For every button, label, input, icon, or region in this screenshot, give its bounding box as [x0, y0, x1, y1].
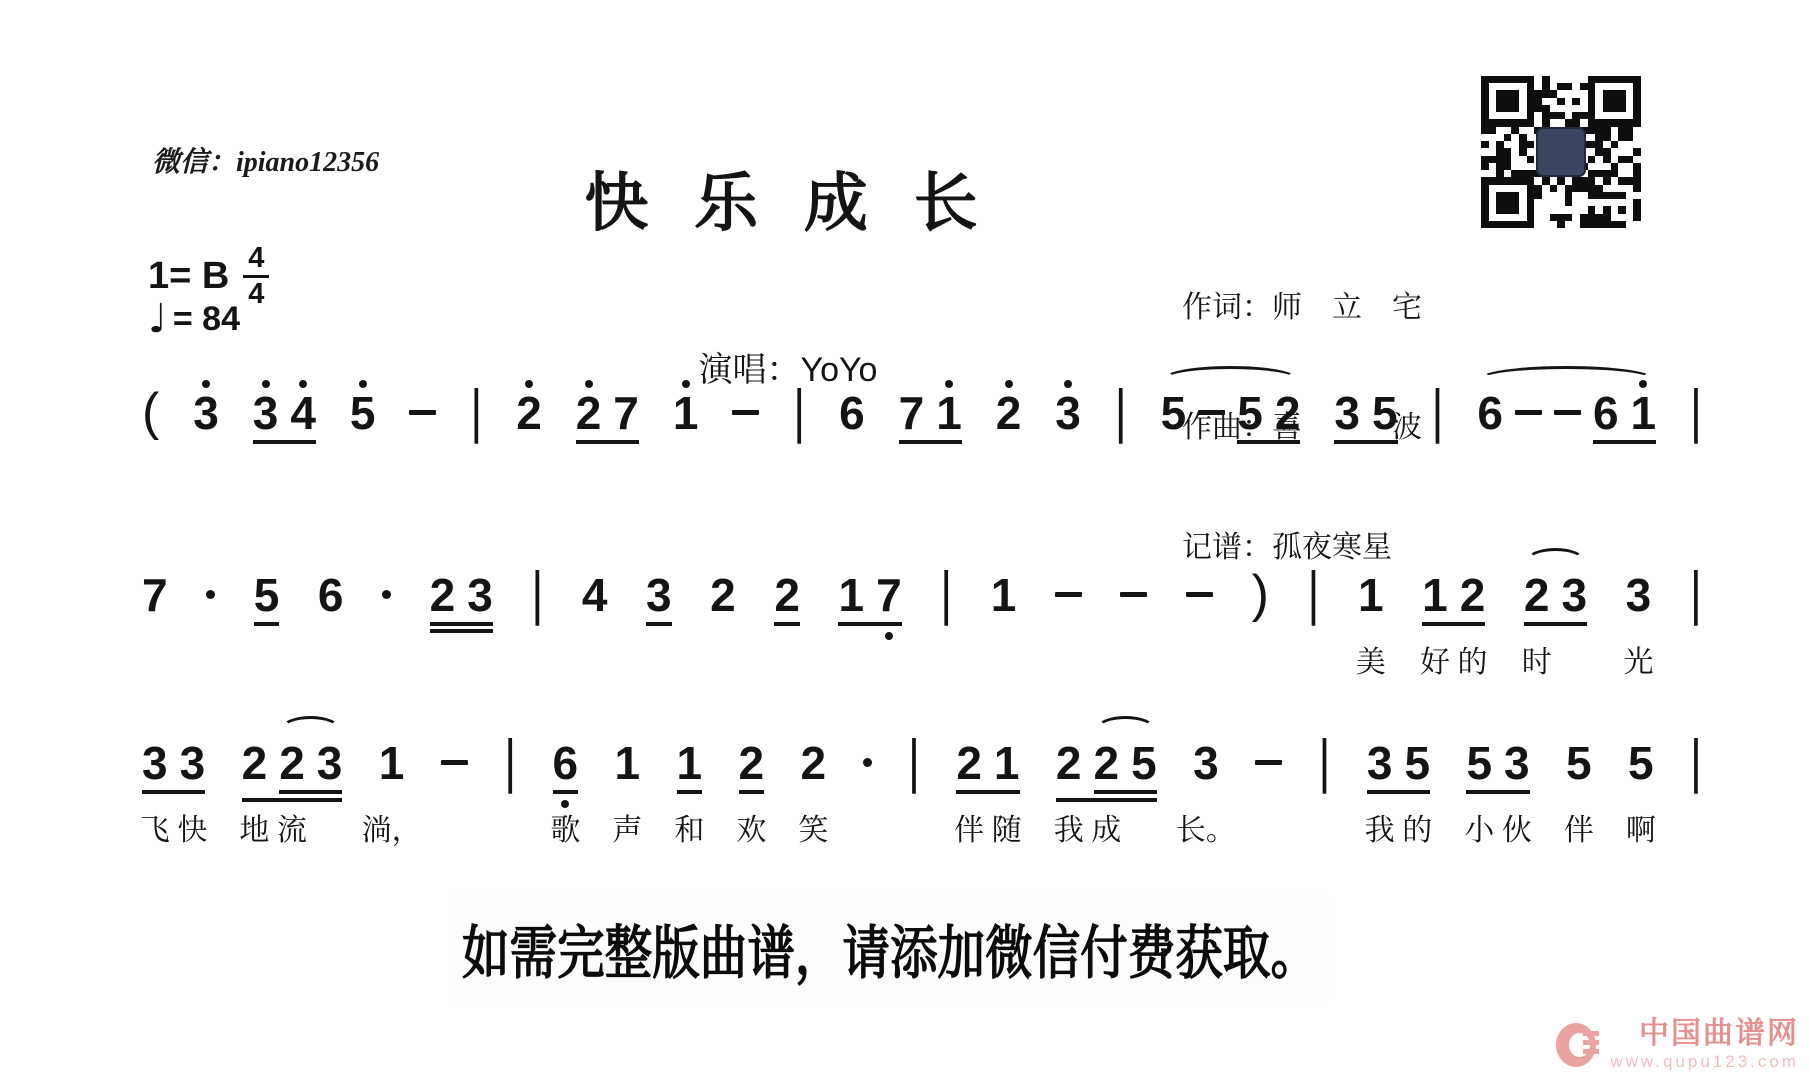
note: 1淌， — [379, 740, 405, 786]
barline: | — [1431, 390, 1443, 436]
note: 3飞 — [142, 740, 168, 786]
note: 2 — [774, 572, 800, 626]
time-signature: 4 4 — [243, 244, 269, 309]
note: 3 — [193, 390, 219, 436]
octave-dot-low — [885, 632, 893, 640]
dot-note: · — [382, 590, 391, 599]
lyric: 的 — [1402, 816, 1432, 846]
note: 2的 — [1460, 572, 1486, 618]
note: 7 — [876, 572, 902, 618]
qr-code — [1481, 76, 1641, 228]
beam-group: 2成5 — [1094, 740, 1157, 794]
octave-dot-high — [1639, 380, 1647, 388]
note: 2地 — [242, 740, 268, 786]
sustain-dash: - — [732, 410, 759, 415]
singer-credit: 演唱：YoYo — [699, 342, 878, 391]
barline: | — [1690, 740, 1702, 786]
beam-group: 71 — [899, 390, 962, 444]
note: 2欢 — [739, 740, 765, 794]
parenthesis: ) — [1252, 568, 1269, 620]
lyric: 光 — [1623, 648, 1653, 678]
beam-group: 6--61 — [1477, 390, 1656, 444]
sustain-dash: - — [441, 760, 468, 765]
note: 5伴 — [1566, 740, 1592, 786]
note: 1 — [936, 390, 962, 436]
beam-group: 2流3 — [279, 740, 342, 794]
note: 7 — [142, 572, 168, 618]
note: 2 — [996, 390, 1022, 436]
note: 5 — [1372, 390, 1398, 436]
score-line-3: 3飞3快2地2流31淌，-|6歌1声1和2欢2笑·|2伴1随2我2成53长。-|… — [142, 740, 1702, 802]
sustain-dash: - — [1554, 410, 1581, 415]
note: 3光 — [1626, 572, 1652, 618]
note: 1随 — [994, 740, 1020, 786]
note: 3我 — [1367, 740, 1393, 786]
note: 1 — [1631, 390, 1657, 436]
note: 2 — [576, 390, 602, 436]
lyric: 啊 — [1626, 816, 1656, 846]
dot-note: · — [206, 590, 215, 599]
note: 4 — [582, 572, 608, 618]
note: 6 — [1593, 390, 1619, 436]
note: 2流 — [279, 740, 305, 786]
credit-lyricist: 作词：师 立 宅 — [1182, 288, 1422, 328]
lyric: 伴 — [1564, 816, 1594, 846]
note: 5 — [350, 390, 376, 436]
note: 4 — [290, 390, 316, 436]
sustain-dash: - — [1055, 592, 1082, 597]
barline: | — [531, 572, 543, 618]
beam-group: 17 — [838, 572, 901, 626]
banner-notice: 如需完整版曲谱，请添加微信付费获取。 — [462, 906, 1318, 990]
tempo-marking: ♩ = 84 — [148, 296, 240, 342]
sheet-music-page: 微信：ipiano12356 快 乐 成 长 1= B 4 4 ♩ = 84 演… — [0, 0, 1809, 1080]
note: 5 — [1237, 390, 1263, 436]
sustain-dash: - — [1515, 410, 1542, 415]
lyric: 笑 — [798, 816, 828, 846]
beam-group: 2伴1随 — [956, 740, 1019, 794]
score-line-1: (3345-|2271-|67123|5-5235|6--61| — [142, 386, 1702, 444]
sustain-dash: - — [1120, 592, 1147, 597]
song-title: 快 乐 成 长 — [584, 152, 991, 244]
beam-group: 1好2的 — [1422, 572, 1485, 626]
note: 6 — [839, 390, 865, 436]
barline: | — [1307, 572, 1319, 618]
octave-dot-high — [359, 380, 367, 388]
lyric: 成 — [1091, 816, 1121, 846]
lyric: 随 — [992, 816, 1022, 846]
qupu-logo-icon — [1556, 1022, 1602, 1068]
wechat-note: 微信：ipiano12356 — [152, 146, 379, 180]
note: 3 — [1334, 390, 1360, 436]
barline: | — [908, 740, 920, 786]
octave-dot-low — [561, 800, 569, 808]
credit-transcriber: 记谱：孤夜寒星 — [1182, 528, 1422, 568]
beam-group: 3我5的 — [1367, 740, 1430, 794]
beam-group: 5-52 — [1161, 390, 1301, 444]
note: 1美 — [1358, 572, 1384, 618]
lyric: 我 — [1365, 816, 1395, 846]
sustain-dash: - — [1198, 410, 1225, 415]
lyric: 美 — [1356, 648, 1386, 678]
score-line-2: 7·56·23|432217|1---)|1美1好2的2时33光| — [142, 568, 1702, 633]
note: 2伴 — [956, 740, 982, 786]
beam-group: 5小3伙 — [1466, 740, 1529, 794]
beam-group: 52 — [1237, 390, 1300, 444]
beam-group: 3飞3快 — [142, 740, 205, 794]
lyric: 长。 — [1176, 816, 1236, 846]
note: 2笑 — [801, 740, 827, 786]
lyric: 歌 — [550, 816, 580, 846]
note: 1和 — [677, 740, 703, 794]
note: 5 — [1131, 740, 1157, 786]
lyric: 快 — [177, 816, 207, 846]
lyric: 声 — [612, 816, 642, 846]
sustain-dash: - — [409, 410, 436, 415]
barline: | — [1690, 390, 1702, 436]
note: 7 — [899, 390, 925, 436]
slur-arc — [1479, 366, 1654, 392]
octave-dot-high — [525, 380, 533, 388]
beam-group: 23 — [430, 572, 493, 633]
note: 3 — [1562, 572, 1588, 618]
beam-group: 2时3 — [1524, 572, 1587, 626]
beam-group: 2我2成5 — [1056, 740, 1157, 802]
note: 2 — [710, 572, 736, 618]
note: 2 — [516, 390, 542, 436]
time-denominator: 4 — [248, 280, 264, 309]
site-name: 中国曲谱网 — [1639, 1019, 1799, 1049]
barline: | — [793, 390, 805, 436]
lyric: 时 — [1522, 648, 1552, 678]
note: 3伙 — [1504, 740, 1530, 786]
dot-note: · — [863, 758, 872, 767]
note: 1 — [838, 572, 864, 618]
tempo-value: = 84 — [173, 300, 240, 339]
lyric: 伴 — [954, 816, 984, 846]
barline: | — [1115, 390, 1127, 436]
sustain-dash: - — [1186, 592, 1213, 597]
note: 3 — [253, 390, 279, 436]
barline: | — [1690, 572, 1702, 618]
octave-dot-high — [202, 380, 210, 388]
note: 5 — [1161, 390, 1187, 436]
note: 3 — [467, 572, 493, 618]
octave-dot-high — [1064, 380, 1072, 388]
barline: | — [504, 740, 516, 786]
note: 3 — [646, 572, 672, 626]
note: 5小 — [1466, 740, 1492, 786]
octave-dot-high — [945, 380, 953, 388]
quarter-note-icon: ♩ — [148, 296, 167, 342]
octave-dot-high — [299, 380, 307, 388]
key-text: 1= B — [148, 255, 229, 298]
beam-group: 2地2流3 — [242, 740, 343, 802]
site-url: www.qupu123.com — [1610, 1053, 1799, 1070]
note: 1 — [673, 390, 699, 436]
barline: | — [1319, 740, 1331, 786]
watermark-text: 中国曲谱网 www.qupu123.com — [1610, 1019, 1799, 1070]
sustain-dash: - — [1255, 760, 1282, 765]
barline: | — [470, 390, 482, 436]
beam-group: 35 — [1334, 390, 1397, 444]
beam-group: 61 — [1593, 390, 1656, 444]
note: 2成 — [1094, 740, 1120, 786]
lyric: 好 — [1420, 648, 1450, 678]
note: 3快 — [180, 740, 206, 786]
note: 5的 — [1404, 740, 1430, 786]
note: 2 — [1275, 390, 1301, 436]
beam-group: 27 — [576, 390, 639, 444]
octave-dot-high — [585, 380, 593, 388]
octave-dot-high — [682, 380, 690, 388]
time-numerator: 4 — [248, 244, 264, 273]
lyric: 飞 — [140, 816, 170, 846]
lyric: 流 — [277, 816, 307, 846]
note: 6 — [318, 572, 344, 618]
note: 5 — [254, 572, 280, 626]
lyric: 和 — [674, 816, 704, 846]
site-watermark: 中国曲谱网 www.qupu123.com — [1556, 1019, 1799, 1070]
note: 3 — [317, 740, 343, 786]
note: 6 — [1477, 390, 1503, 436]
lyric: 我 — [1054, 816, 1084, 846]
note: 3 — [1055, 390, 1081, 436]
lyric: 的 — [1458, 648, 1488, 678]
barline: | — [940, 572, 952, 618]
note: 2时 — [1524, 572, 1550, 618]
octave-dot-high — [262, 380, 270, 388]
note: 1声 — [615, 740, 641, 786]
lyric: 淌， — [362, 816, 422, 846]
note: 3长。 — [1193, 740, 1219, 786]
note: 7 — [613, 390, 639, 436]
note: 1 — [991, 572, 1017, 618]
octave-dot-high — [1005, 380, 1013, 388]
note: 5啊 — [1628, 740, 1654, 786]
note: 2我 — [1056, 740, 1082, 786]
lyric: 小 — [1464, 816, 1494, 846]
note: 2 — [430, 572, 456, 618]
lyric: 地 — [239, 816, 269, 846]
note: 6歌 — [553, 740, 579, 794]
note: 1好 — [1422, 572, 1448, 618]
beam-group: 34 — [253, 390, 316, 444]
lyric: 欢 — [736, 816, 766, 846]
lyric: 伙 — [1502, 816, 1532, 846]
parenthesis: ( — [142, 386, 159, 438]
